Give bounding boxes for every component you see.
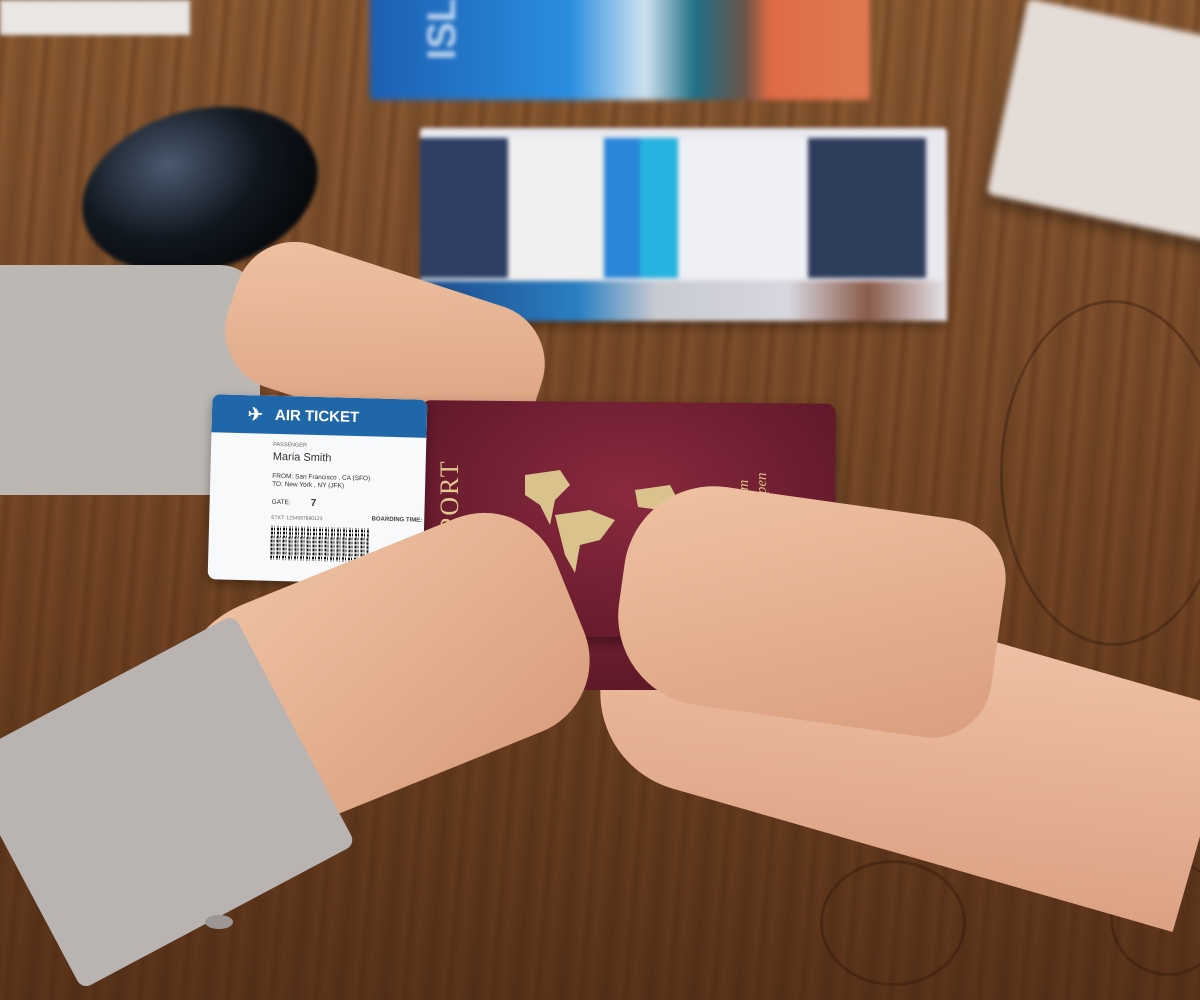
gate-label: GATE: xyxy=(272,499,291,508)
brochure-panel xyxy=(678,138,808,278)
gate-value: 7 xyxy=(310,498,316,511)
photo-scene: ISLA PASSPORT ...n dream ...it happen ✈ … xyxy=(0,0,1200,1000)
ticket-header: ✈ AIR TICKET xyxy=(211,394,427,438)
brochure-panel xyxy=(808,138,926,278)
brochure-panel xyxy=(604,138,640,278)
passenger-name: Maria Smith xyxy=(273,451,426,469)
brochure-top-text: ISLA xyxy=(420,0,465,60)
cuff-button xyxy=(205,915,233,929)
barcode xyxy=(270,525,369,562)
wood-grain-ring xyxy=(1000,300,1200,646)
paper-corner xyxy=(0,0,190,35)
wood-knot xyxy=(820,860,966,986)
notebook xyxy=(987,0,1200,242)
brochure-panel xyxy=(420,138,508,278)
brochure-panel xyxy=(640,138,678,278)
boarding-time-label: BOARDING TIME: xyxy=(371,516,422,523)
brochure-panel xyxy=(508,138,604,278)
ticket-title: AIR TICKET xyxy=(275,406,360,425)
airplane-icon: ✈ xyxy=(248,404,264,425)
brochure-stack xyxy=(420,128,947,321)
